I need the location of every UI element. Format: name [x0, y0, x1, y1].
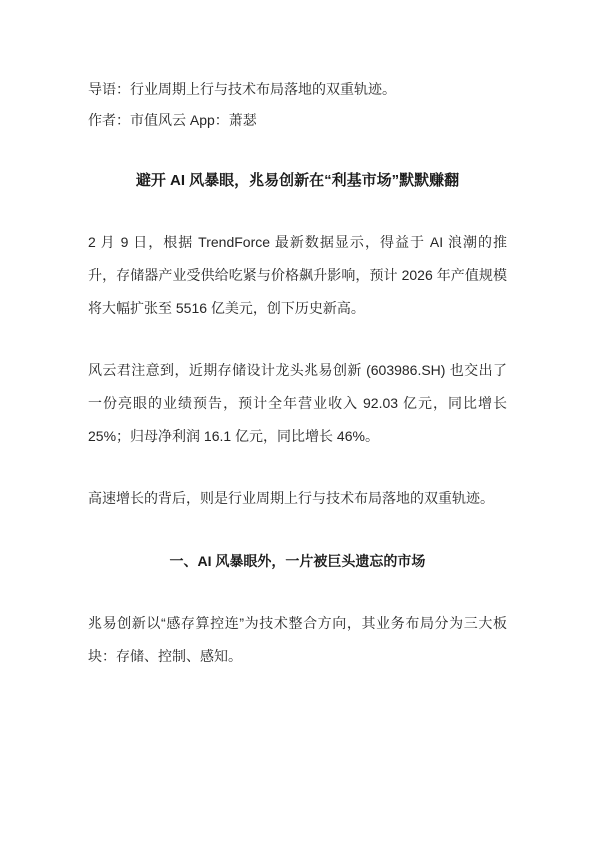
paragraph-growth-summary: 高速增长的背后，则是行业周期上行与技术布局落地的双重轨迹。: [88, 482, 507, 515]
article-title: 避开 AI 风暴眼，兆易创新在“利基市场”默默赚翻: [88, 164, 507, 197]
lead-note: 导语：行业周期上行与技术布局落地的双重轨迹。: [88, 74, 507, 105]
paragraph-business-segments: 兆易创新以“感存算控连”为技术整合方向，其业务布局分为三大板块：存储、控制、感知…: [88, 607, 507, 673]
document-page: 导语：行业周期上行与技术布局落地的双重轨迹。 作者：市值风云 App：萧瑟 避开…: [0, 0, 595, 841]
article-lead-block: 导语：行业周期上行与技术布局落地的双重轨迹。 作者：市值风云 App：萧瑟: [88, 74, 507, 136]
author-line: 作者：市值风云 App：萧瑟: [88, 105, 507, 136]
paragraph-industry-forecast: 2 月 9 日，根据 TrendForce 最新数据显示，得益于 AI 浪潮的推…: [88, 226, 507, 325]
paragraph-earnings-preview: 风云君注意到，近期存储设计龙头兆易创新 (603986.SH) 也交出了一份亮眼…: [88, 354, 507, 453]
section-heading-one: 一、AI 风暴眼外，一片被巨头遗忘的市场: [88, 545, 507, 578]
